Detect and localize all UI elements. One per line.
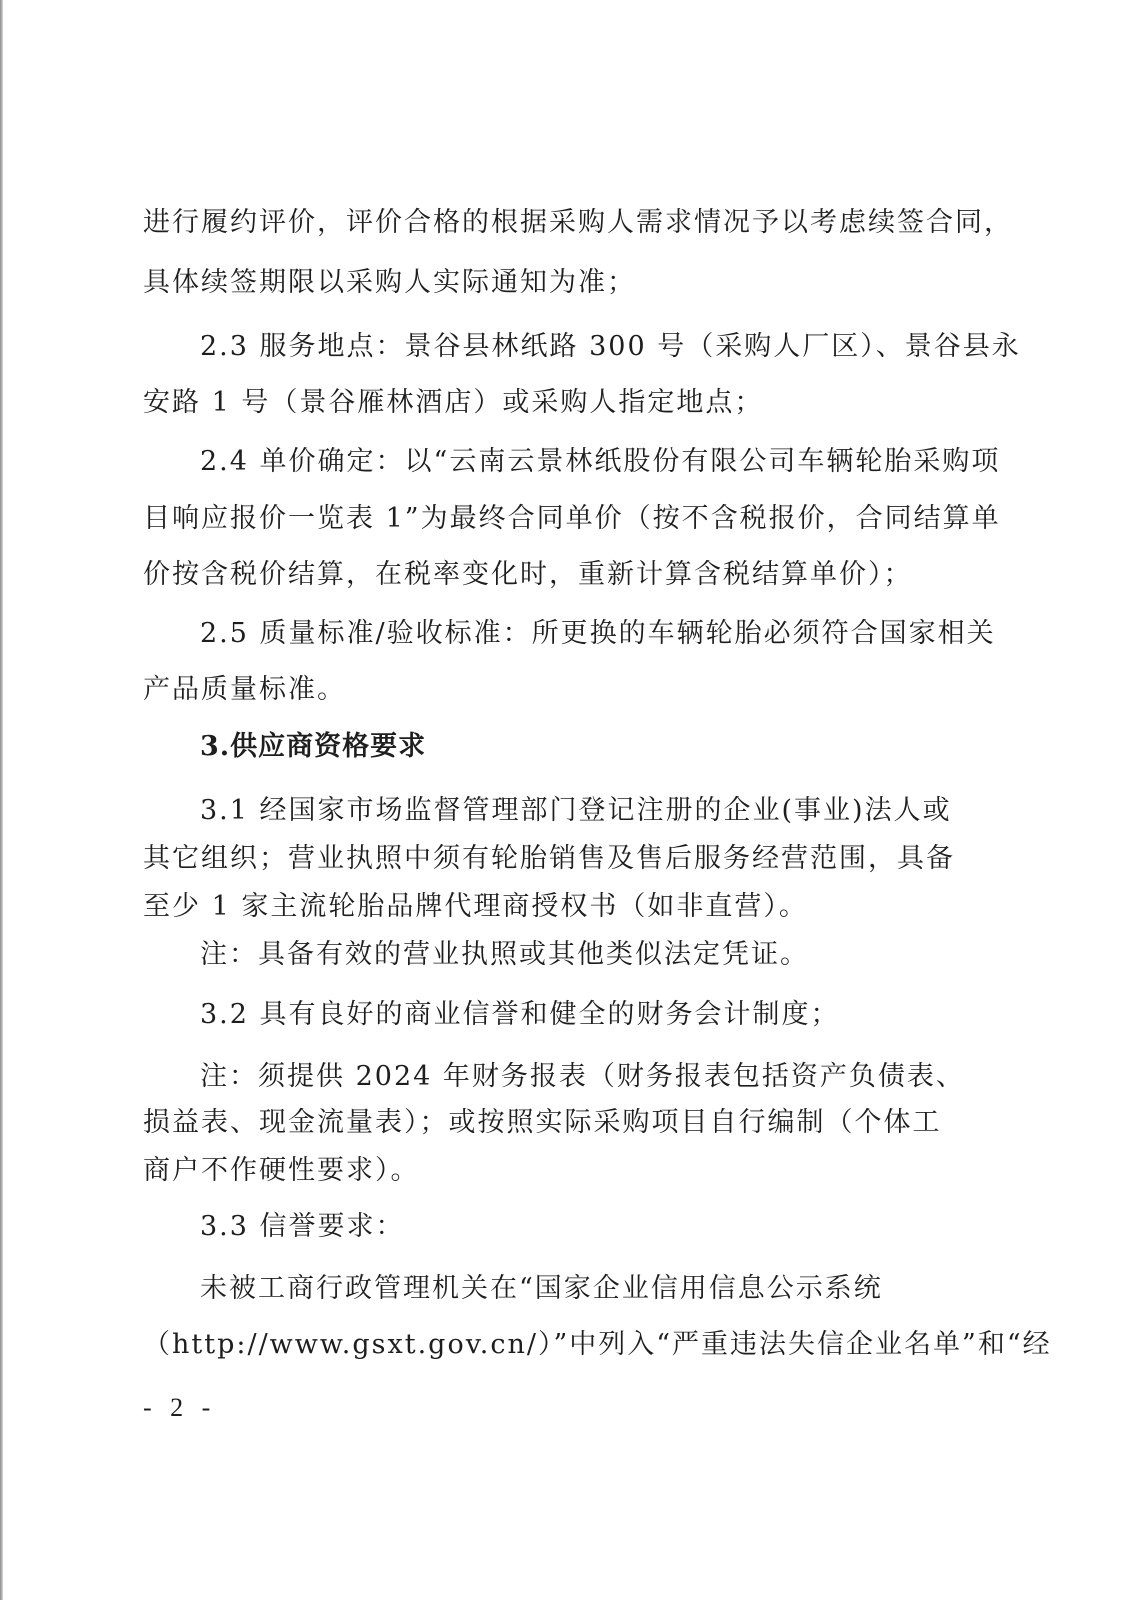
- note-financial-statements: 注：须提供 2024 年财务报表（财务报表包括资产负债表、: [200, 1059, 965, 1095]
- section-2-5-quality-standard: 2.5 质量标准/验收标准：所更换的车辆轮胎必须符合国家相关: [200, 616, 996, 652]
- text-line-17: 损益表、现金流量表）；或按照实际采购项目自行编制（个体工: [143, 1105, 942, 1141]
- text-line-2: 具体续签期限以采购人实际通知为准；: [143, 265, 636, 301]
- section-3-2-reputation: 3.2 具有良好的商业信誉和健全的财务会计制度；: [200, 997, 840, 1033]
- text-line-12: 其它组织；营业执照中须有轮胎销售及售后服务经营范围，具备: [143, 841, 955, 877]
- section-2-3-service-location: 2.3 服务地点：景谷县林纸路 300 号（采购人厂区）、景谷县永: [200, 329, 1021, 365]
- note-business-license: 注：具备有效的营业执照或其他类似法定凭证。: [200, 937, 809, 973]
- page-number: - 2 -: [143, 1390, 216, 1426]
- text-line-9: 产品质量标准。: [143, 672, 346, 708]
- text-line-21-with-url: （http://www.gsxt.gov.cn/）”中列入“严重违法失信企业名单…: [143, 1327, 1052, 1363]
- text-line-1: 进行履约评价，评价合格的根据采购人需求情况予以考虑续签合同，: [143, 205, 1013, 241]
- scan-shadow-edge: [0, 0, 3, 1600]
- text-line-4: 安路 1 号（景谷雁林酒店）或采购人指定地点；: [143, 385, 763, 421]
- section-2-4-unit-price: 2.4 单价确定：以“云南云景林纸股份有限公司车辆轮胎采购项: [200, 444, 1000, 480]
- section-3-heading: 3.供应商资格要求: [200, 729, 426, 765]
- text-line-7: 价按含税价结算，在税率变化时，重新计算含税结算单价）；: [143, 557, 913, 593]
- text-line-13: 至少 1 家主流轮胎品牌代理商授权书（如非直营）。: [143, 889, 808, 925]
- section-3-1-registration: 3.1 经国家市场监督管理部门登记注册的企业(事业)法人或: [200, 793, 952, 829]
- text-line-6: 目响应报价一览表 1”为最终合同单价（按不含税报价，合同结算单: [143, 501, 1001, 537]
- section-3-3-credit: 3.3 信誉要求：: [200, 1209, 405, 1245]
- text-line-20: 未被工商行政管理机关在“国家企业信用信息公示系统: [200, 1271, 883, 1307]
- text-line-18: 商户不作硬性要求）。: [143, 1153, 420, 1189]
